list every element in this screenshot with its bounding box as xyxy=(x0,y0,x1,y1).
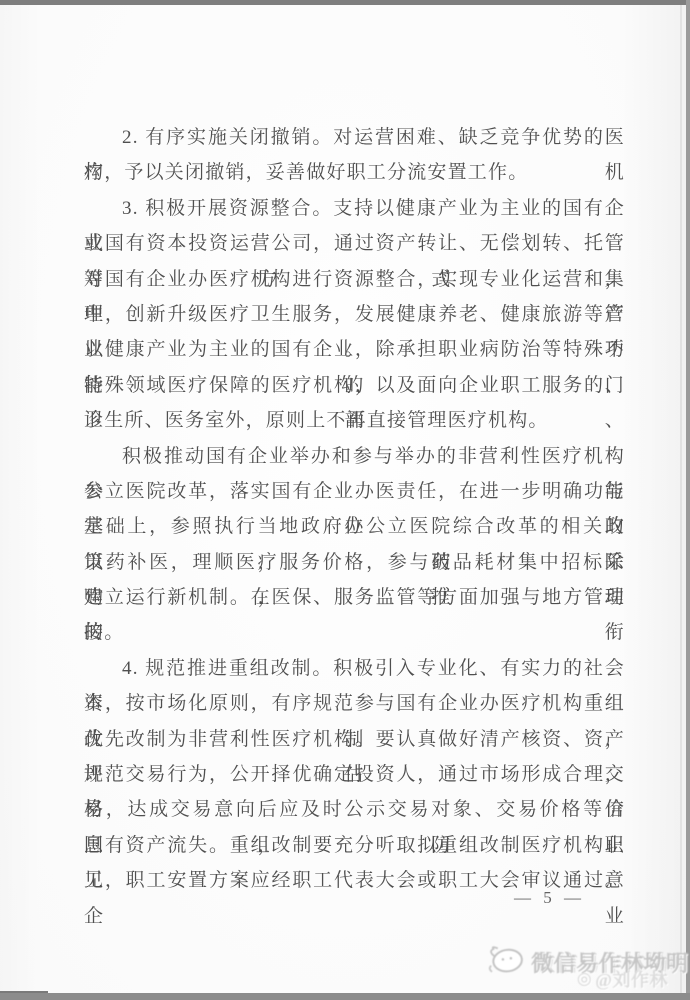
scan-right-edge xyxy=(686,0,690,1000)
text-line: 2. 有序实施关闭撤销。对运营困难、缺乏竞争优势的医疗机 xyxy=(84,120,625,155)
page-number: — 5 — xyxy=(84,888,625,908)
text-line: 国有资产流失。重组改制要充分听取拟重组改制医疗机构职工意 xyxy=(84,828,625,863)
text-line: 以健康产业为主业的国有企业，除承担职业病防治等特殊功能的、 xyxy=(84,332,625,367)
text-line: 规范交易行为，公开择优确定投资人，通过市场形成合理交易价 xyxy=(84,757,625,792)
text-line: 积极推动国有企业举办和参与举办的非营利性医疗机构参与 xyxy=(84,439,625,474)
text-line: 卫生所、医务室外，原则上不再直接管理医疗机构。 xyxy=(84,403,625,438)
text-line: 以药补医，理顺医疗服务价格，参与药品耗材集中招标采购，推动 xyxy=(84,545,625,580)
text-line: 优先改制为非营利性医疗机构。要认真做好清产核资、资产评估， xyxy=(84,722,625,757)
text-line: 建立运行新机制。在医保、服务监管等方面加强与地方管理的衔 xyxy=(84,580,625,615)
text-line: 本，按市场化原则，有序规范参与国有企业办医疗机构重组改制， xyxy=(84,686,625,721)
watermark-row: 微信易作林坳明 xyxy=(486,942,672,982)
watermark: 微信易作林坳明 ◎ @刘作林 xyxy=(486,942,672,994)
text-line: 公立医院改革，落实国有企业办医责任，在进一步明确功能定位的 xyxy=(84,474,625,509)
text-line: 或国有资本投资运营公司，通过资产转让、无偿划转、托管等方式， xyxy=(84,226,625,261)
scan-bottom-edge xyxy=(0,993,690,1000)
text-line: 对国有企业办医疗机构进行资源整合，实现专业化运营和集中管 xyxy=(84,262,625,297)
watermark-text: 微信易作林坳明 xyxy=(531,947,689,978)
text-line: 特殊领域医疗保障的医疗机构，以及面向企业职工服务的门诊部、 xyxy=(84,368,625,403)
watermark-overlay-text: @刘作林 xyxy=(595,966,668,992)
text-line: 4. 规范推进重组改制。积极引入专业化、有实力的社会资 xyxy=(84,651,625,686)
page-right-edge-line xyxy=(680,5,682,993)
weibo-logo-icon: ◎ xyxy=(577,969,592,989)
scan-top-edge xyxy=(0,0,690,5)
watermark-overlay: ◎ @刘作林 xyxy=(577,966,668,992)
text-line: 格，达成交易意向后应及时公示交易对象、交易价格等信息，防止 xyxy=(84,792,625,827)
text-line: 3. 积极开展资源整合。支持以健康产业为主业的国有企业 xyxy=(84,191,625,226)
document-body-text: 2. 有序实施关闭撤销。对运营困难、缺乏竞争优势的医疗机构，予以关闭撤销，妥善做… xyxy=(84,120,625,899)
doodle-face-icon xyxy=(483,939,528,984)
text-line: 理，创新升级医疗卫生服务，发展健康养老、健康旅游等产业。不 xyxy=(84,297,625,332)
text-line: 基础上，参照执行当地政府办公立医院综合改革的相关政策，破除 xyxy=(84,509,625,544)
